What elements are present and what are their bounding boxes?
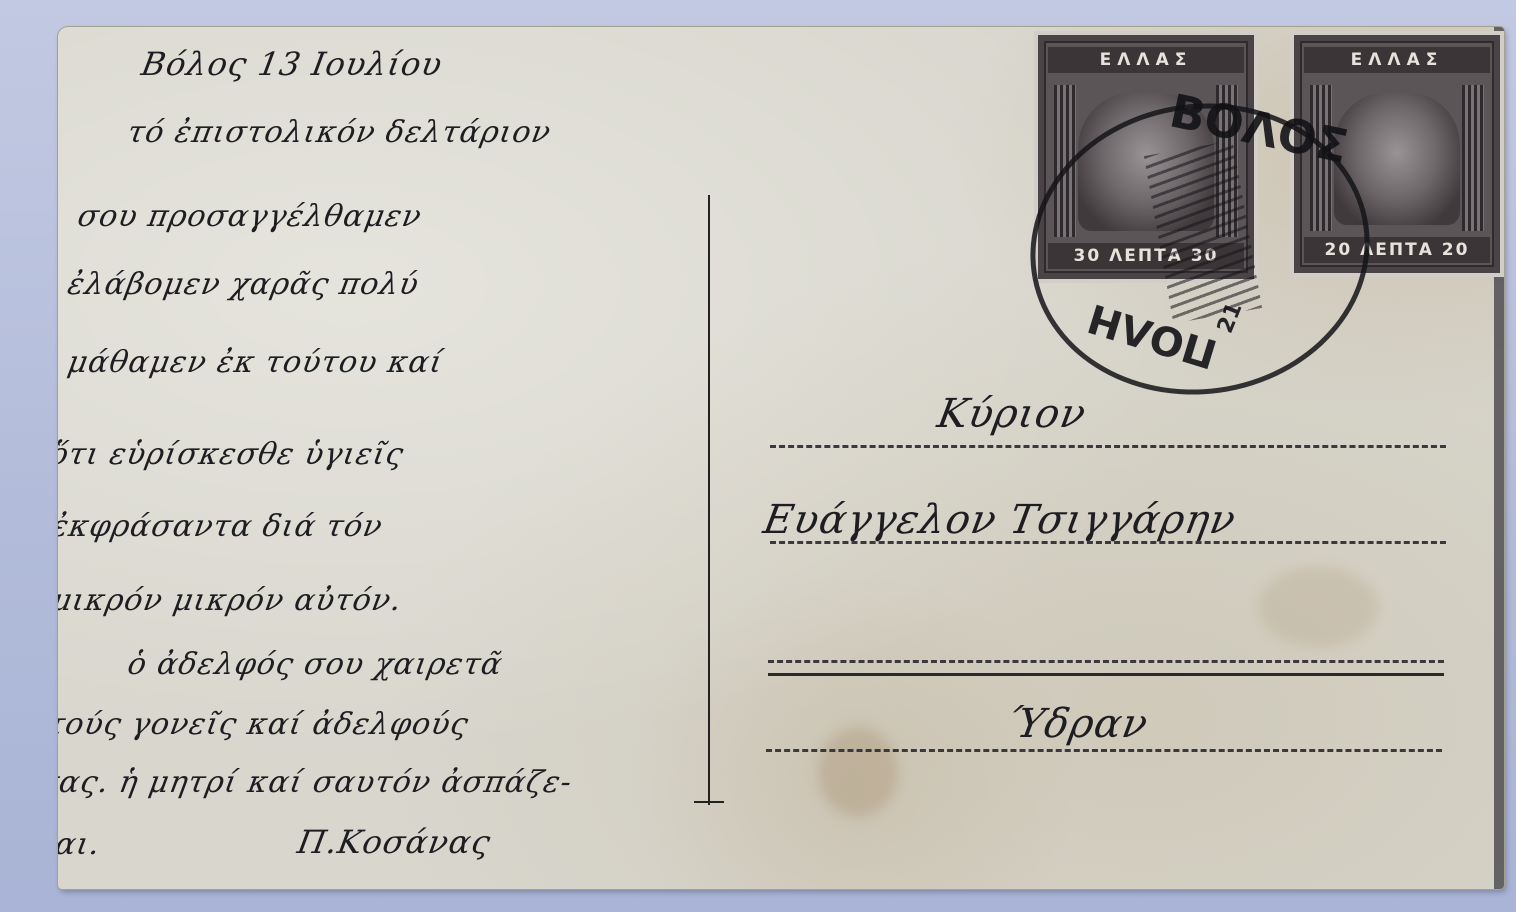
message-header: Βόλος 13 Ιουλίου bbox=[139, 45, 446, 83]
message-line: μάθαμεν ἐκ τούτου καί bbox=[65, 345, 446, 380]
column-icon bbox=[1462, 85, 1484, 231]
address-rule bbox=[768, 673, 1444, 676]
address-salutation: Κύριον bbox=[934, 391, 1090, 437]
postmark-bottom-text: ΠΟΛΗ bbox=[1083, 294, 1223, 377]
address-line-1 bbox=[770, 445, 1446, 448]
signature: Π.Κοσάνας bbox=[295, 823, 494, 861]
message-line: τούς γονεῖς καί ἀδελφούς bbox=[58, 707, 472, 742]
message-line: ἐλάβομεν χαρᾶς πολύ bbox=[65, 267, 422, 302]
divider-foot bbox=[694, 801, 724, 803]
message-line: σου προσαγγέλθαμεν bbox=[75, 199, 425, 234]
stamp-country: ΕΛΛΑΣ bbox=[1304, 47, 1490, 73]
message-line: ται. bbox=[58, 827, 103, 862]
message-line: ὁ ἀδελφός σου χαιρετᾶ bbox=[125, 647, 506, 682]
message-line: μικρόν μικρόν αὐτόν. bbox=[58, 583, 405, 618]
message-line: ἐκφράσαντα διά τόν bbox=[58, 509, 386, 544]
message-line: τό ἐπιστολικόν δελτάριον bbox=[125, 115, 554, 150]
stain bbox=[1258, 567, 1378, 647]
postcard: Βόλος 13 Ιουλίου τό ἐπιστολικόν δελτάριο… bbox=[58, 27, 1504, 889]
address-destination: Ύδραν bbox=[1004, 701, 1152, 747]
address-recipient: Ευάγγελον Τσιγγάρην bbox=[760, 497, 1240, 543]
center-divider-line bbox=[708, 195, 710, 805]
address-line-3 bbox=[768, 660, 1444, 663]
stain bbox=[818, 727, 898, 817]
stamp-country: ΕΛΛΑΣ bbox=[1048, 47, 1244, 73]
address-line-2 bbox=[770, 541, 1446, 544]
message-line: ὅτι εὑρίσκεσθε ὑγιεῖς bbox=[58, 437, 407, 472]
address-line-4 bbox=[766, 749, 1442, 752]
message-line: σας. ἡ μητρί καί σαυτόν ἀσπάζε- bbox=[58, 765, 575, 800]
